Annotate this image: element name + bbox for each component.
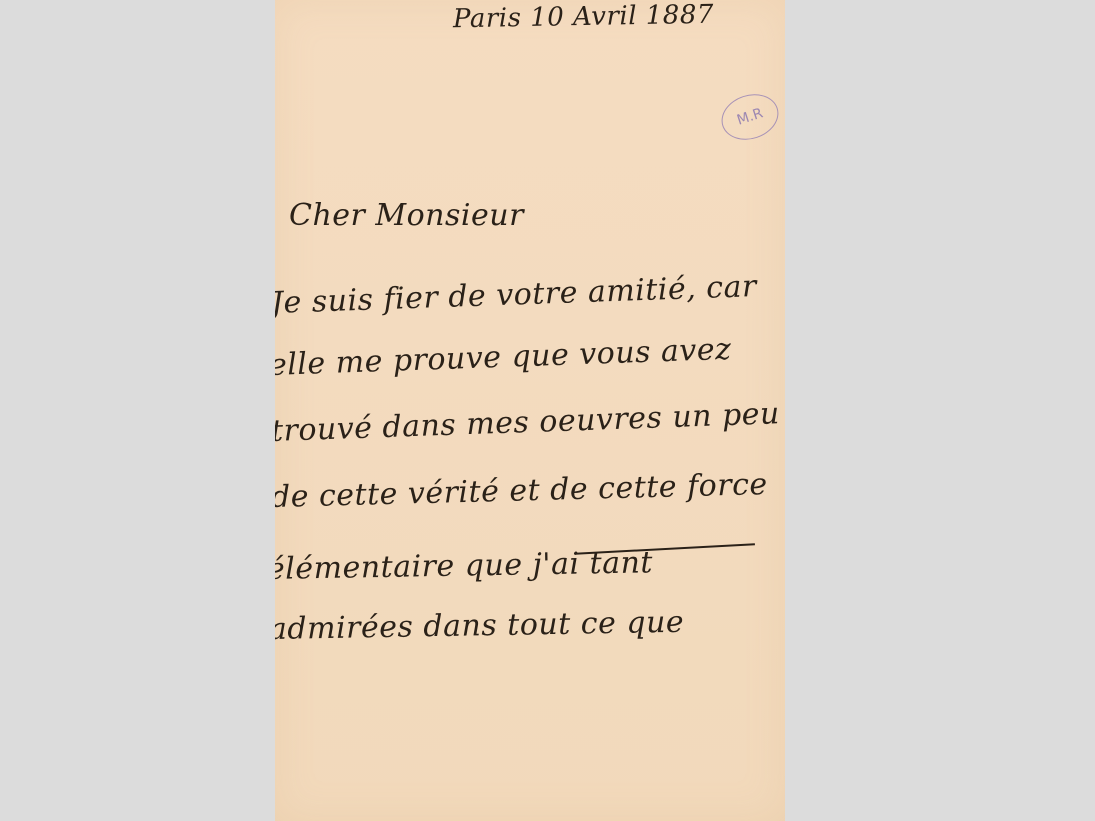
letter-line: elle me prouve que vous avez	[275, 332, 732, 383]
letter-line: trouvé dans mes oeuvres un peu	[275, 396, 780, 449]
collection-stamp: M.R	[716, 87, 785, 147]
letter-page: Paris 10 Avril 1887 M.R Cher Monsieur Je…	[275, 0, 785, 821]
letter-dateline: Paris 10 Avril 1887	[453, 0, 714, 34]
letter-line: de cette vérité et de cette force	[275, 467, 768, 515]
stamp-text: M.R	[735, 105, 765, 128]
letter-salutation: Cher Monsieur	[289, 198, 524, 233]
document-viewer: Paris 10 Avril 1887 M.R Cher Monsieur Je…	[0, 0, 1095, 821]
letter-line: admirées dans tout ce que	[275, 605, 684, 647]
letter-line: Je suis fier de votre amitié, car	[275, 269, 757, 321]
